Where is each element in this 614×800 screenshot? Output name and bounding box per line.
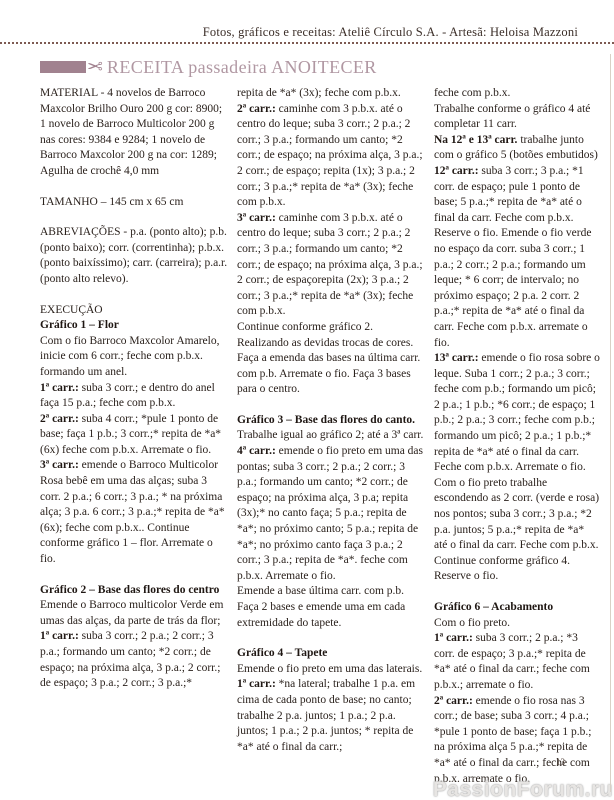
paragraph: Com o fio preto. xyxy=(434,616,600,632)
paragraph: Com o fio Barroco Maxcolor Amarelo, inic… xyxy=(40,334,228,381)
paragraph: MATERIAL - 4 novelos de Barroco Maxcolor… xyxy=(40,86,228,180)
paragraph: Emende a base última carr. com p.b. Faça… xyxy=(237,584,425,631)
page-title: RECEITA passadeira ANOITECER xyxy=(107,57,377,77)
paragraph: ABREVIAÇÕES - p.a. (ponto alto); p.b. (p… xyxy=(40,225,228,287)
paragraph: Gráfico 1 – Flor xyxy=(40,318,228,334)
paragraph: 1ª carr.: suba 3 corr.; e dentro do anel… xyxy=(40,381,228,412)
right-edge-rule xyxy=(610,54,611,792)
paragraph: repita de *a* (3x); feche com p.b.x. xyxy=(237,86,425,102)
paragraph: Gráfico 3 – Base das flores do canto. xyxy=(237,413,425,429)
title-word-anoitecer: ANOITECER xyxy=(271,57,377,77)
recipe-text-columns: MATERIAL - 4 novelos de Barroco Maxcolor… xyxy=(40,86,600,787)
paragraph: Emende o Barroco multicolor Verde em uma… xyxy=(40,598,228,629)
paragraph: Continue conforme gráfico 2. Realizando … xyxy=(237,320,425,398)
paragraph: 2ª carr.: caminhe com 3 p.b.x. até o cen… xyxy=(237,102,425,211)
credits-line: Fotos, gráficos e receitas: Ateliê Círcu… xyxy=(203,25,578,40)
column-3: feche com p.b.x.Trabalhe conforme o gráf… xyxy=(434,86,600,787)
paragraph: 3ª carr.: caminhe com 3 p.b.x. até o cen… xyxy=(237,211,425,320)
title-bar-decoration xyxy=(40,61,86,73)
paragraph: Gráfico 4 – Tapete xyxy=(237,646,425,662)
paragraph: 13ª carr.: emende o fio rosa sobre o leq… xyxy=(434,351,600,585)
paragraph: 1ª carr.: *na lateral; trabalhe 1 p.a. e… xyxy=(237,677,425,755)
paragraph: 1ª carr.: suba 3 corr.; 2 p.a.; 2 corr.;… xyxy=(40,629,228,691)
recipe-title-row: ✂ RECEITA passadeira ANOITECER xyxy=(40,56,377,78)
paragraph: Trabalhe igual ao gráfico 2; até a 3ª ca… xyxy=(237,428,425,444)
paragraph: Gráfico 6 – Acabamento xyxy=(434,600,600,616)
paragraph: 1ª carr.: suba 3 corr.; 2 p.a.; *3 corr.… xyxy=(434,631,600,693)
paragraph: 12ª carr.: suba 3 corr.; 3 p.a.; *1 corr… xyxy=(434,164,600,351)
paragraph: 2ª carr.: suba 4 corr.; *pule 1 ponto de… xyxy=(40,412,228,459)
paragraph: feche com p.b.x. xyxy=(434,86,600,102)
column-2: repita de *a* (3x); feche com p.b.x.2ª c… xyxy=(237,86,425,787)
magazine-page: Fotos, gráficos e receitas: Ateliê Círcu… xyxy=(0,0,614,800)
watermark-text: PassionForum.ru xyxy=(433,778,613,800)
page-number: 13 xyxy=(556,757,565,767)
paragraph: EXECUÇÃO xyxy=(40,303,228,319)
paragraph: 2ª carr.: emende o fio rosa nas 3 corr.;… xyxy=(434,694,600,788)
dotted-divider xyxy=(0,42,614,44)
title-word-receita: RECEITA xyxy=(107,57,183,77)
title-word-passadeira: passadeira xyxy=(188,57,267,77)
paragraph: TAMANHO – 145 cm x 65 cm xyxy=(40,195,228,211)
paragraph: Trabalhe conforme o gráfico 4 até comple… xyxy=(434,102,600,133)
paragraph: Emende o fio preto em uma das laterais. xyxy=(237,662,425,678)
paragraph: Gráfico 2 – Base das flores do centro xyxy=(40,583,228,599)
paragraph: 4ª carr.: emende o fio preto em uma das … xyxy=(237,444,425,584)
column-1: MATERIAL - 4 novelos de Barroco Maxcolor… xyxy=(40,86,228,787)
scissors-icon: ✂ xyxy=(87,58,103,77)
paragraph: Na 12ª e 13ª carr. trabalhe junto com o … xyxy=(434,133,600,164)
paragraph: 3ª carr.: emende o Barroco Multicolor Ro… xyxy=(40,458,228,567)
